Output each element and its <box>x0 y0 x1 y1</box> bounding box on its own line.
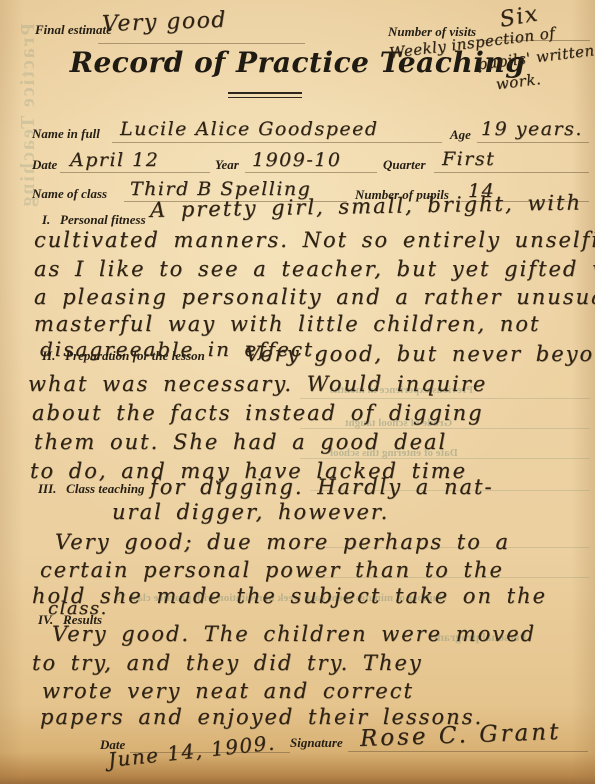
bleedthrough-rule <box>300 398 590 399</box>
name-of-class-label: Name of class <box>32 186 107 202</box>
bleedthrough-rule <box>300 428 590 429</box>
blank-rule <box>60 172 210 173</box>
blank-rule <box>434 172 589 173</box>
final-estimate-label: Final estimate <box>35 22 112 38</box>
blank-rule <box>98 43 305 44</box>
handwritten-line: as I like to see a teacher, but yet gift… <box>34 257 595 281</box>
blank-rule <box>112 142 442 143</box>
signature-value: Rose C. Grant <box>360 719 562 752</box>
name-in-full-label: Name in full <box>32 126 100 142</box>
handwritten-line: for digging. Hardly a nat- <box>150 475 494 499</box>
date-label: Date <box>32 157 57 173</box>
section-3-label: III. Class teaching <box>38 481 145 497</box>
handwritten-line: to try, and they did try. They <box>32 651 423 675</box>
handwritten-line: hold she made the subject take on the <box>32 584 547 608</box>
handwritten-line: them out. She had a good deal <box>34 430 447 454</box>
handwritten-line: a pleasing personality and a rather unus… <box>34 285 595 309</box>
year-label: Year <box>215 157 239 173</box>
handwritten-line: masterful way with little children, not <box>34 312 540 336</box>
blank-rule <box>245 172 377 173</box>
handwritten-line: Very good. The children were moved <box>52 622 536 646</box>
quarter-label: Quarter <box>383 157 426 173</box>
section-2-label: II. Preparation for the lesson <box>42 348 205 364</box>
quarter-value: First <box>442 148 495 170</box>
handwritten-line: cultivated manners. Not so entirely unse… <box>34 228 595 252</box>
handwritten-line: Very good, but never beyond <box>245 342 595 366</box>
handwritten-line: Very good; due more perhaps to a <box>55 530 510 554</box>
date-value: April 12 <box>70 149 159 171</box>
blank-rule <box>477 142 589 143</box>
title-double-rule <box>228 92 302 98</box>
signature-label: Signature <box>290 735 343 751</box>
footer-date-value: June 14, 1909. <box>107 730 277 771</box>
name-in-full-value: Lucile Alice Goodspeed <box>120 118 379 140</box>
handwritten-line: ural digger, however. <box>112 500 389 524</box>
handwritten-line: certain personal power than to the <box>40 558 504 582</box>
age-label: Age <box>450 127 471 143</box>
handwritten-line: what was necessary. Would inquire <box>28 372 487 396</box>
handwritten-line: about the facts instead of digging <box>32 401 484 425</box>
section-1-label: I. Personal fitness <box>42 212 146 228</box>
year-value: 1909-10 <box>252 149 341 171</box>
handwritten-line: wrote very neat and correct <box>42 679 414 703</box>
age-value: 19 years. <box>481 118 583 140</box>
final-estimate-value: Very good <box>102 8 228 37</box>
scanned-form-page: Practice Teaching Previous experience in… <box>0 0 595 784</box>
